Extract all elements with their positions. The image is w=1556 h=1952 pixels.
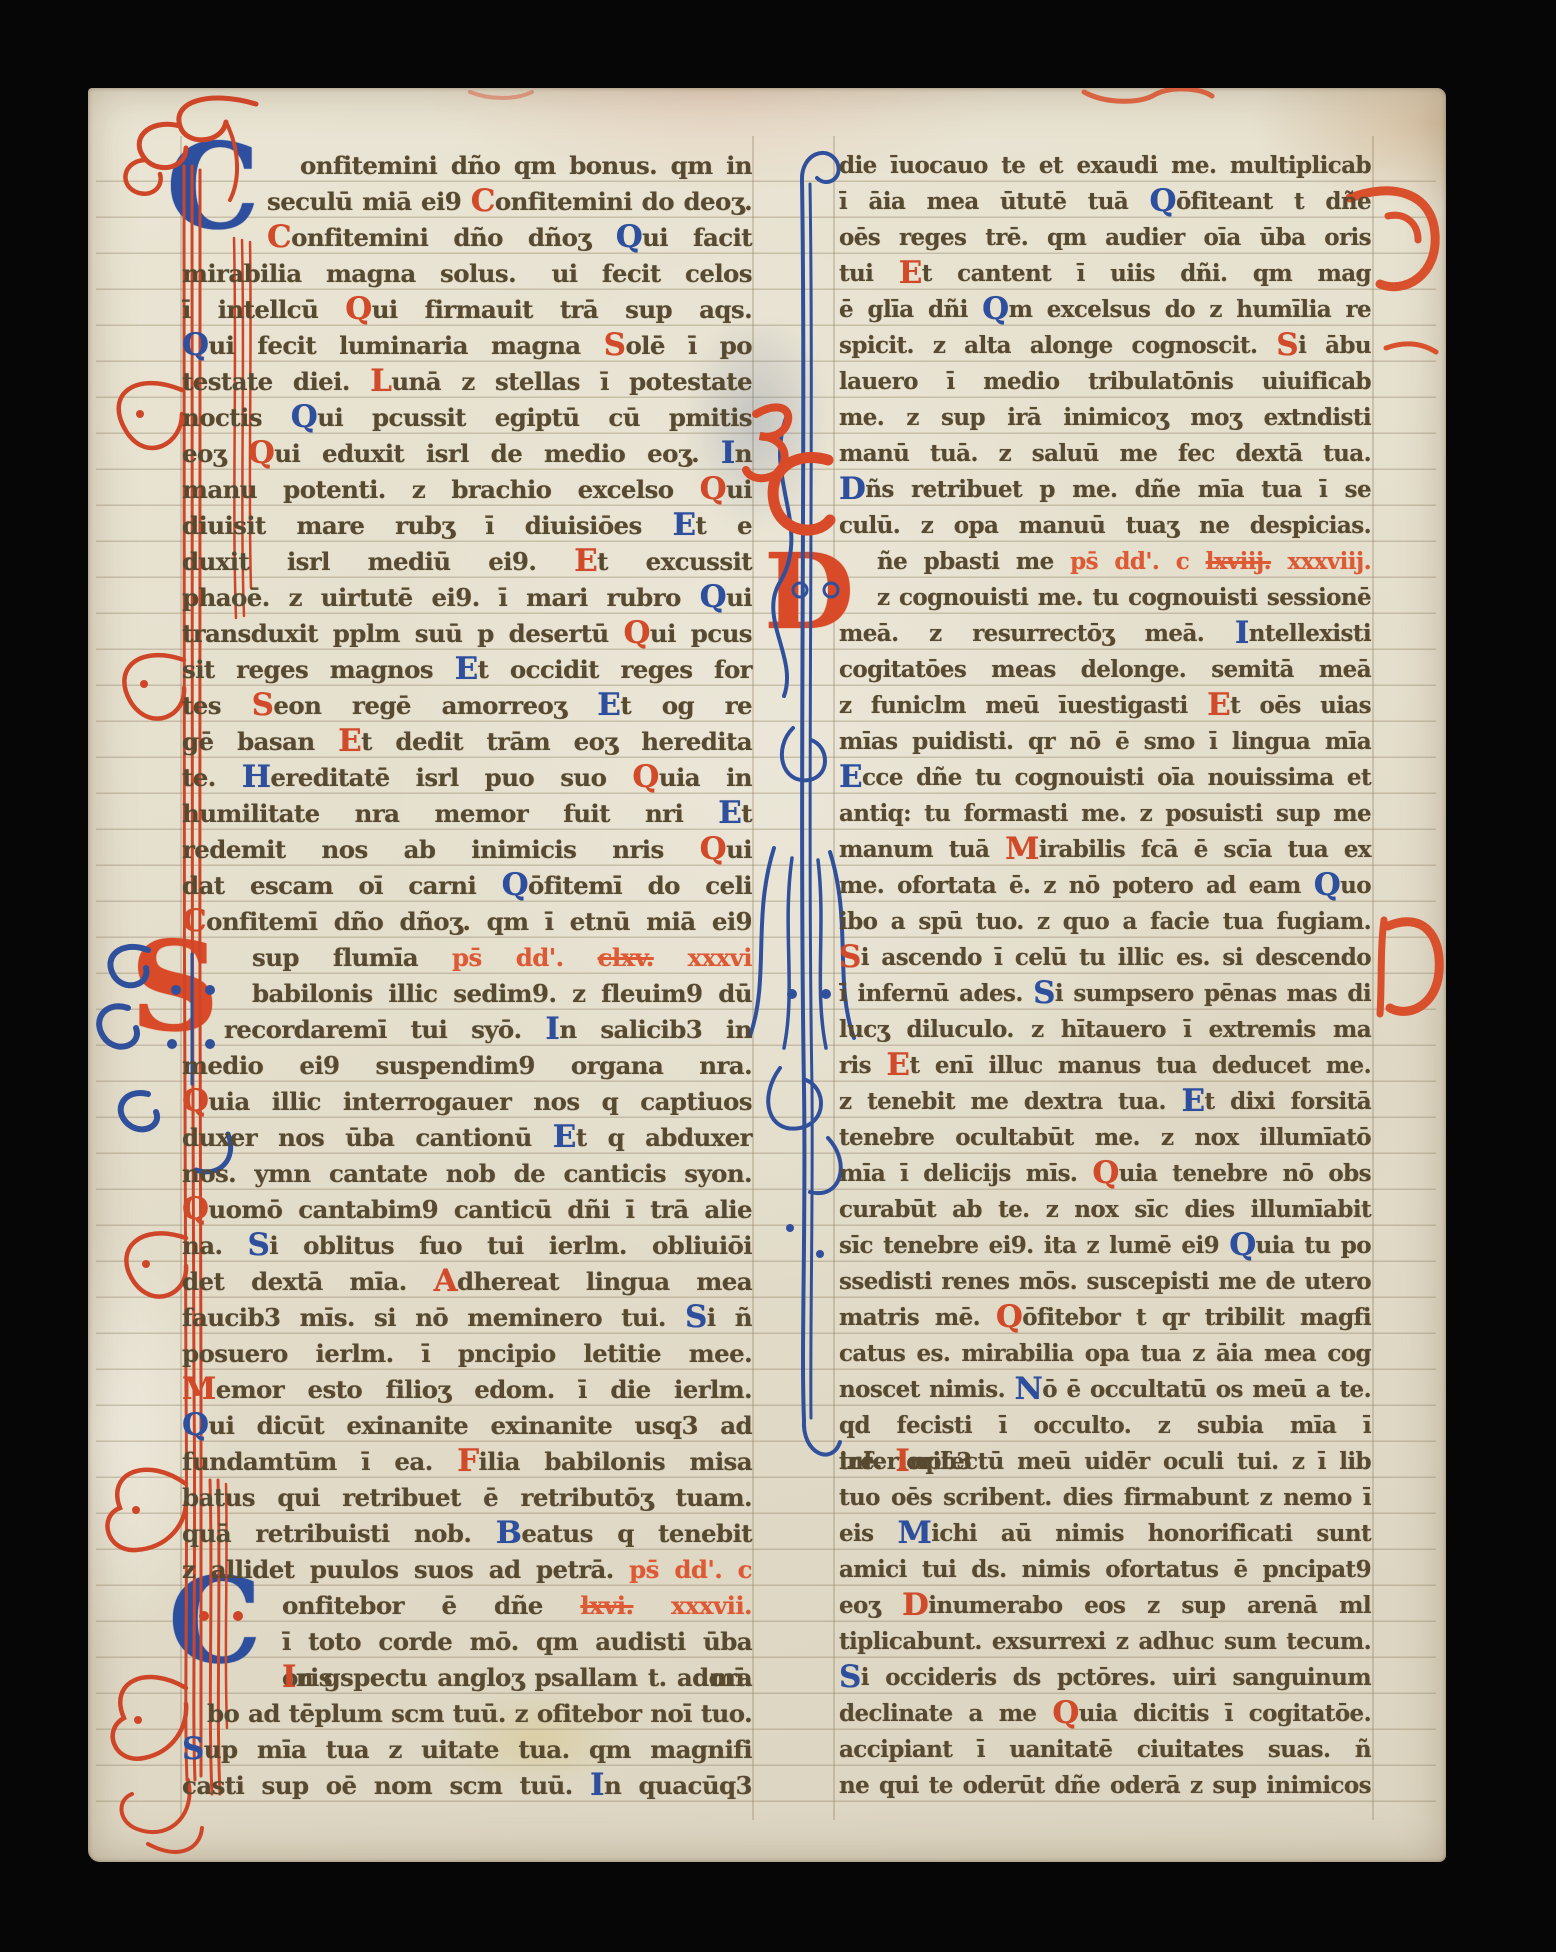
text-run: bo ad tēplum scm tuū. z ofitebor noī tuo… <box>207 1699 752 1728</box>
text-run: recordaremī tui syō. <box>224 1015 545 1044</box>
manuscript-text-line: trē. Inpfectū meū uidēr oculi tui. z ī l… <box>839 1444 1371 1480</box>
text-run: sup flumīa <box>252 943 452 972</box>
versal-initial: E <box>673 508 696 544</box>
manuscript-text-line: catus es. mirabilia opa tua z āia mea co… <box>839 1336 1371 1372</box>
text-run: i occideris ds pctōres. uiri sanguinum <box>861 1664 1371 1691</box>
text-run: ōfitemī do celi <box>528 871 752 900</box>
manuscript-text-line: seculū miā ei9 Confitemini do deoʒ. <box>182 184 752 220</box>
rubric-text: lxviij. <box>1206 548 1271 575</box>
text-run: gē basan <box>182 727 338 756</box>
manuscript-text-line: Ecce dñe tu cognouisti oīa nouissima et <box>839 760 1371 796</box>
versal-initial: E <box>455 652 478 688</box>
text-run: uia dicitis ī cogitatōe. <box>1079 1700 1371 1727</box>
manuscript-text-line: ne qui te oderūt dñe oderā z sup inimico… <box>839 1768 1371 1804</box>
manuscript-text-line: diuisit mare rubʒ ī diuisiōes Et e <box>182 508 752 544</box>
text-run: t excussit <box>597 547 752 576</box>
versal-initial: N <box>1015 1372 1043 1408</box>
manuscript-text-line: duxit isrl mediū ei9. Et excussit <box>182 544 752 580</box>
manuscript-text-line: oēs reges trē. qm audier oīa ūba oris <box>839 220 1371 256</box>
text-run: ī āia mea ūtutē tuā <box>839 188 1150 215</box>
text-run: manū tuā. z saluū me fec dextā tua. <box>839 440 1371 467</box>
versal-initial: S <box>839 940 861 976</box>
text-run: eatus q tenebit <box>521 1519 752 1548</box>
text-run: tuo oēs scribent. dies firmabunt z nemo … <box>839 1484 1371 1511</box>
text-run: meā. z resurrectōʒ meā. <box>839 620 1235 647</box>
versal-initial: S <box>252 688 274 724</box>
manuscript-text-line: ris Et enī illuc manus tua deducet me. <box>839 1048 1371 1084</box>
manuscript-text-line: te. Hereditatē isrl puo suo Quia in <box>182 760 752 796</box>
text-run: lauero ī medio tribulatōnis uiuificab <box>839 368 1371 395</box>
versal-initial: E <box>553 1120 576 1156</box>
versal-initial: I <box>1235 616 1249 652</box>
manuscript-text-line: mīa ī delicijs mīs. Quia tenebre nō obs <box>839 1156 1371 1192</box>
manuscript-text-line: accipiant ī uanitatē ciuitates suas. ñ <box>839 1732 1371 1768</box>
text-run: t oēs uias <box>1230 692 1371 719</box>
text-run: olē ī po <box>625 331 752 360</box>
text-run: ilia babilonis misa <box>479 1447 752 1476</box>
versal-initial: Q <box>1092 1156 1118 1192</box>
manuscript-text-line: bo ad tēplum scm tuū. z ofitebor noī tuo… <box>182 1696 752 1732</box>
text-run: i sumpsero pēnas mas di <box>1055 980 1371 1007</box>
text-run: lucʒ diluculo. z hītauero ī extremis ma <box>839 1016 1371 1043</box>
text-run: ōfitebor t qr tribilit magfi <box>1022 1304 1371 1331</box>
text-run: diuisit mare rubʒ ī diuisiōes <box>182 511 673 540</box>
manuscript-text-line: tui Et cantent ī uiis dñi. qm mag <box>839 256 1371 292</box>
manuscript-text-line: manum tuā Mirabilis fcā ē scīa tua ex <box>839 832 1371 868</box>
text-run: ñe pbasti me <box>877 548 1070 575</box>
manuscript-text-line: eoʒ Qui eduxit isrl de medio eoʒ. In <box>182 436 752 472</box>
manuscript-text-line: Si occideris ds pctōres. uiri sanguinum <box>839 1660 1371 1696</box>
manuscript-text-line: mīas puidisti. qr nō ē smo ī lingua mīa <box>839 724 1371 760</box>
manuscript-text-line: Si ascendo ī celū tu illic es. si descen… <box>839 940 1371 976</box>
text-run: i ābu <box>1298 332 1371 359</box>
manuscript-text-line: casti sup oē nom scm tuū. In quacūq3 <box>182 1768 752 1804</box>
versal-initial: S <box>685 1300 707 1336</box>
text-run: dhereat lingua mea <box>457 1267 752 1296</box>
text-run: ui dicūt exinanite exinanite usq3 ad <box>208 1411 752 1440</box>
text-run: inumerabo eos z sup arenā ml <box>928 1592 1371 1619</box>
versal-initial: L <box>370 364 391 400</box>
text-run: ī infernū ades. <box>839 980 1033 1007</box>
manuscript-text-line: nos. ymn cantate nob de canticis syon. <box>182 1156 752 1192</box>
text-run: me. ofortata ē. z nō potero ad eam <box>839 872 1314 899</box>
text-run: duxit isrl mediū ei9. <box>182 547 574 576</box>
versal-initial: S <box>604 328 626 364</box>
text-run: uia in <box>659 763 752 792</box>
text-run: sīc tenebre ei9. ita z lumē ei9 <box>839 1232 1229 1259</box>
versal-initial: E <box>899 256 922 292</box>
text-run: trē. <box>839 1448 895 1475</box>
text-run: n gspectu angloʒ psallam t. adora <box>296 1663 752 1692</box>
manuscript-page: C S C D <box>88 88 1446 1862</box>
manuscript-text-line: phaoē. z uirtutē ei9. ī mari rubro Qui <box>182 580 752 616</box>
manuscript-text-line: ī intellcū Qui firmauit trā sup aqs. <box>182 292 752 328</box>
manuscript-text-line: ssedisti renes mōs. suscepisti me de ute… <box>839 1264 1371 1300</box>
text-run: seculū miā ei9 <box>267 187 471 216</box>
versal-initial: Q <box>632 760 658 796</box>
versal-initial: D <box>839 472 865 508</box>
text-run: up mīa tua z uitate tua. qm magnifi <box>204 1735 752 1764</box>
manuscript-text-line: z allidet puulos suos ad petrā. ps̄ dd'.… <box>182 1552 752 1588</box>
manuscript-text-line: na. Si oblitus fuo tui ierlm. obliuiōi <box>182 1228 752 1264</box>
text-run: uia tu po <box>1256 1232 1371 1259</box>
versal-initial: E <box>1207 688 1230 724</box>
text-run: uia illic interrogauer nos q captiuos <box>208 1087 752 1116</box>
text-run: ui <box>726 583 752 612</box>
rubric-text: ps̄ dd'. c <box>629 1555 752 1584</box>
text-run: nos. ymn cantate nob de canticis syon. <box>182 1159 752 1188</box>
text-run: quā retribuisti nob. <box>182 1519 496 1548</box>
text-run: spicit. z alta alonge cognoscit. <box>839 332 1276 359</box>
manuscript-text-line: matris mē. Qōfitebor t qr tribilit magfi <box>839 1300 1371 1336</box>
manuscript-text-line: sīc tenebre ei9. ita z lumē ei9 Quia tu … <box>839 1228 1371 1264</box>
manuscript-text-line: amici tui ds. nimis ofortatus ē pncipat9 <box>839 1552 1371 1588</box>
text-run: n salicib3 in <box>559 1015 752 1044</box>
versal-initial: H <box>242 760 271 796</box>
text-run: amici tui ds. nimis ofortatus ē pncipat9 <box>839 1556 1371 1583</box>
manuscript-text-line: noscet nimis. Nō ē occultatū os meū a te… <box>839 1372 1371 1408</box>
versal-initial: C <box>182 904 206 940</box>
manuscript-text-line: lucʒ diluculo. z hītauero ī extremis ma <box>839 1012 1371 1048</box>
text-run: onfitemī dño dñoʒ. qm ī etnū miā ei9 <box>206 907 752 936</box>
text-run: z tenebit me dextra tua. <box>839 1088 1181 1115</box>
text-run: t occidit reges for <box>478 655 752 684</box>
text-run: na. <box>182 1231 248 1260</box>
text-run: t q abduxer <box>576 1123 752 1152</box>
manuscript-text-line: det dextā mīa. Adhereat lingua mea <box>182 1264 752 1300</box>
text-run: ui <box>726 475 752 504</box>
manuscript-text-line: tes Seon regē amorreoʒ Et og re <box>182 688 752 724</box>
text-run: i ñ <box>707 1303 752 1332</box>
manuscript-text-line: tiplicabunt. exsurrexi z adhuc sum tecum… <box>839 1624 1371 1660</box>
manuscript-text-line: testate diei. Lunā z stellas ī potestate <box>182 364 752 400</box>
versal-initial: E <box>1181 1084 1204 1120</box>
versal-initial: Q <box>1314 868 1340 904</box>
versal-initial: S <box>248 1228 270 1264</box>
versal-initial: Q <box>996 1300 1022 1336</box>
manuscript-text-line: z tenebit me dextra tua. Et dixi forsitā <box>839 1084 1371 1120</box>
text-run: uomō cantabim9 canticū dñi ī trā alie <box>208 1195 752 1224</box>
text-run: ichi aū nimis honorificati sunt <box>931 1520 1371 1547</box>
text-run: emor esto filioʒ edom. ī die ierlm. <box>216 1375 752 1404</box>
versal-initial: Q <box>624 616 650 652</box>
versal-initial: M <box>182 1372 216 1408</box>
versal-initial: Q <box>700 580 726 616</box>
versal-initial: E <box>886 1048 909 1084</box>
manuscript-text-line: posuero ierlm. ī pncipio letitie mee. <box>182 1336 752 1372</box>
manuscript-text-line: In gspectu angloʒ psallam t. adora <box>182 1660 752 1696</box>
manuscript-text-line: Confitemini dño dñoʒ Qui facit <box>182 220 752 256</box>
manuscript-text-line: me. ofortata ē. z nō potero ad eam Quo <box>839 868 1371 904</box>
text-run: ui <box>726 835 752 864</box>
vertical-rule-right-column-start <box>833 136 835 1820</box>
text-run: uo <box>1340 872 1371 899</box>
text-run: tes <box>182 691 252 720</box>
text-run: tenebre ocultabūt me. z nox illumīatō <box>839 1124 1371 1151</box>
versal-initial: I <box>721 436 735 472</box>
text-run: ibo a spū tuo. z quo a facie tua fugiam. <box>839 908 1371 935</box>
manuscript-text-line: redemit nos ab inimicis nris Qui <box>182 832 752 868</box>
versal-initial: E <box>718 796 741 832</box>
text-run: mirabilia magna solus. ui fecit celos <box>182 259 752 288</box>
versal-initial: M <box>1005 832 1039 868</box>
text-run: n <box>735 439 752 468</box>
text-run: phaoē. z uirtutē ei9. ī mari rubro <box>182 583 700 612</box>
rubric-text: xxxviij. <box>1271 548 1371 575</box>
manuscript-text-line: eis Michi aū nimis honorificati sunt <box>839 1516 1371 1552</box>
text-run: onfitemini do deoʒ. <box>495 187 752 216</box>
text-run: ne qui te oderūt dñe oderā z sup inimico… <box>839 1772 1371 1799</box>
manuscript-text-line: antiq: tu formasti me. z posuisti sup me <box>839 796 1371 832</box>
manuscript-text-line: declinate a me Quia dicitis ī cogitatōe. <box>839 1696 1371 1732</box>
manuscript-text-line: z funiclm meū īuestigasti Et oēs uias <box>839 688 1371 724</box>
versal-initial: S <box>1033 976 1055 1012</box>
manuscript-text-line: lauero ī medio tribulatōnis uiuificab <box>839 364 1371 400</box>
text-run: onfitemini dño dñoʒ <box>291 223 616 252</box>
text-run: det dextā mīa. <box>182 1267 434 1296</box>
manuscript-text-line: eoʒ Dinumerabo eos z sup arenā ml <box>839 1588 1371 1624</box>
versal-initial: F <box>457 1444 478 1480</box>
manuscript-text-line: dat escam oī carni Qōfitemī do celi <box>182 868 752 904</box>
text-run: t dedit trām eoʒ heredita <box>361 727 752 756</box>
versal-initial: Q <box>1229 1228 1255 1264</box>
manuscript-text-line: sit reges magnos Et occidit reges for <box>182 652 752 688</box>
versal-initial: Q <box>982 292 1008 328</box>
text-column-right: die īuocauo te et exaudi me. multiplicab… <box>839 148 1371 1804</box>
rubric-text: clxv. <box>598 943 654 972</box>
manuscript-text-line: qd fecisti ī occulto. z subia mīa ī infe… <box>839 1408 1371 1444</box>
versal-initial: C <box>471 184 495 220</box>
text-run: noctis <box>182 403 291 432</box>
text-run: manum tuā <box>839 836 1005 863</box>
rubric-text: ps̄ dd'. <box>452 943 598 972</box>
manuscript-text-line: ī infernū ades. Si sumpsero pēnas mas di <box>839 976 1371 1012</box>
text-run: redemit nos ab inimicis nris <box>182 835 700 864</box>
versal-initial: B <box>496 1516 522 1552</box>
text-run: eoʒ <box>182 439 248 468</box>
text-run: npfectū meū uidēr oculi tui. z ī lib <box>909 1448 1371 1475</box>
text-run: faucib3 mīs. si nō meminero tui. <box>182 1303 685 1332</box>
versal-initial: E <box>338 724 361 760</box>
manuscript-text-line: Quomō cantabim9 canticū dñi ī trā alie <box>182 1192 752 1228</box>
text-run: z funiclm meū īuestigasti <box>839 692 1207 719</box>
manuscript-text-line: curabūt ab te. z nox sīc dies illumīabit <box>839 1192 1371 1228</box>
text-run: eoʒ <box>839 1592 902 1619</box>
text-run: ī intellcū <box>182 295 345 324</box>
text-run: accipiant ī uanitatē ciuitates suas. ñ <box>839 1736 1371 1763</box>
text-run: curabūt ab te. z nox sīc dies illumīabit <box>839 1196 1371 1223</box>
versal-initial: Q <box>182 1084 208 1120</box>
manuscript-text-line: babilonis illic sedim9. z fleuim9 dū <box>182 976 752 1012</box>
text-run: i oblitus fuo tui ierlm. obliuiōi <box>269 1231 752 1260</box>
versal-initial: Q <box>616 220 642 256</box>
text-run: t enī illuc manus tua deducet me. <box>909 1052 1371 1079</box>
manuscript-text-line: culū. z opa manuū tuaʒ ne despicias. <box>839 508 1371 544</box>
text-run: i ascendo ī celū tu illic es. si descend… <box>861 944 1371 971</box>
versal-initial: E <box>839 760 862 796</box>
manuscript-text-line: ī toto corde mō. qm audisti ūba oris mī. <box>182 1624 752 1660</box>
versal-initial: Q <box>700 832 726 868</box>
manuscript-text-line: Qui fecit luminaria magna Solē ī po <box>182 328 752 364</box>
text-run: antiq: tu formasti me. z posuisti sup me <box>839 800 1371 827</box>
manuscript-text-line: Qui dicūt exinanite exinanite usq3 ad <box>182 1408 752 1444</box>
manuscript-text-line: batus qui retribuet ē retributōʒ tuam. <box>182 1480 752 1516</box>
manuscript-text-line: transduxit pplm suū p desertū Qui pcus <box>182 616 752 652</box>
manuscript-text-line: sup flumīa ps̄ dd'. clxv. xxxvi <box>182 940 752 976</box>
text-run: mīas puidisti. qr nō ē smo ī lingua mīa <box>839 728 1371 755</box>
manuscript-text-line: gē basan Et dedit trām eoʒ heredita <box>182 724 752 760</box>
manuscript-text-line: duxer nos ūba cantionū Et q abduxer <box>182 1120 752 1156</box>
versal-initial: E <box>597 688 620 724</box>
text-run: uia tenebre nō obs <box>1119 1160 1371 1187</box>
manuscript-text-line: me. z sup irā inimicoʒ moʒ extndisti <box>839 400 1371 436</box>
text-run: onfitemini dño qm bonus. qm in <box>300 151 752 180</box>
text-run: ereditatē isrl puo suo <box>270 763 632 792</box>
text-run: eis <box>839 1520 897 1547</box>
text-run: eon regē amorreoʒ <box>273 691 597 720</box>
text-run: tui <box>839 260 899 287</box>
manuscript-text-line: Sup mīa tua z uitate tua. qm magnifi <box>182 1732 752 1768</box>
versal-initial: I <box>545 1012 559 1048</box>
text-run: t <box>741 799 752 828</box>
versal-initial: D <box>902 1588 928 1624</box>
manuscript-text-line: onfitebor ē dñe lxvi. xxxvii. <box>182 1588 752 1624</box>
versal-initial: I <box>590 1768 604 1804</box>
text-run: ui eduxit isrl de medio eoʒ. <box>274 439 721 468</box>
text-run: culū. z opa manuū tuaʒ ne despicias. <box>839 512 1371 539</box>
manuscript-text-line: medio ei9 suspendim9 organa nra. <box>182 1048 752 1084</box>
manuscript-text-line: mirabilia magna solus. ui fecit celos <box>182 256 752 292</box>
text-run: oēs reges trē. qm audier oīa ūba oris <box>839 224 1371 251</box>
versal-initial: I <box>282 1660 296 1696</box>
text-run: ē glīa dñi <box>839 296 982 323</box>
manuscript-text-line: tenebre ocultabūt me. z nox illumīatō <box>839 1120 1371 1156</box>
text-run: z allidet puulos suos ad petrā. <box>182 1555 629 1584</box>
text-run: dat escam oī carni <box>182 871 502 900</box>
text-run: posuero ierlm. ī pncipio letitie mee. <box>182 1339 752 1368</box>
text-run: cce dñe tu cognouisti oīa nouissima et <box>862 764 1371 791</box>
manuscript-text-line: meā. z resurrectōʒ meā. Intellexisti <box>839 616 1371 652</box>
text-run: me. z sup irā inimicoʒ moʒ extndisti <box>839 404 1371 431</box>
text-run: declinate a me <box>839 1700 1052 1727</box>
versal-initial: Q <box>182 328 208 364</box>
manuscript-text-line: faucib3 mīs. si nō meminero tui. Si ñ <box>182 1300 752 1336</box>
manuscript-text-line: ī āia mea ūtutē tuā Qōfiteant t dñe <box>839 184 1371 220</box>
text-run: cogitatōes meas delonge. semitā meā <box>839 656 1371 683</box>
text-column-left: onfitemini dño qm bonus. qm inseculū miā… <box>182 148 752 1804</box>
text-run: ssedisti renes mōs. suscepisti me de ute… <box>839 1268 1371 1295</box>
manuscript-text-line: quā retribuisti nob. Beatus q tenebit <box>182 1516 752 1552</box>
manuscript-text-line: z cognouisti me. tu cognouisti sessionē <box>839 580 1371 616</box>
text-run: ui pcussit egiptū cū pmitis <box>317 403 752 432</box>
manuscript-text-line: Quia illic interrogauer nos q captiuos <box>182 1084 752 1120</box>
versal-initial: Q <box>182 1408 208 1444</box>
text-run: manu potenti. z brachio excelso <box>182 475 700 504</box>
text-run: ui firmauit trā sup aqs. <box>372 295 752 324</box>
photograph-background: C S C D <box>0 0 1556 1952</box>
text-run: humilitate nra memor fuit nri <box>182 799 718 828</box>
manuscript-text-line: tuo oēs scribent. dies firmabunt z nemo … <box>839 1480 1371 1516</box>
versal-initial: Q <box>700 472 726 508</box>
text-run: t e <box>696 511 752 540</box>
manuscript-text-line: Memor esto filioʒ edom. ī die ierlm. <box>182 1372 752 1408</box>
versal-initial: Q <box>248 436 274 472</box>
manuscript-text-line: ibo a spū tuo. z quo a facie tua fugiam. <box>839 904 1371 940</box>
versal-initial: E <box>574 544 597 580</box>
manuscript-text-line: noctis Qui pcussit egiptū cū pmitis <box>182 400 752 436</box>
text-run: mīa ī delicijs mīs. <box>839 1160 1092 1187</box>
rubric-text: lxvi. <box>580 1591 633 1620</box>
manuscript-text-line: fundamtūm ī ea. Filia babilonis misa <box>182 1444 752 1480</box>
vertical-rule-right <box>1372 136 1374 1820</box>
versal-initial: I <box>895 1444 909 1480</box>
top-edge-marks <box>470 89 1212 101</box>
text-run: ui facit <box>642 223 752 252</box>
text-run: duxer nos ūba cantionū <box>182 1123 553 1152</box>
manuscript-text-line: humilitate nra memor fuit nri Et <box>182 796 752 832</box>
versal-initial: Q <box>1150 184 1176 220</box>
rubric-text: xxxvi <box>654 943 752 972</box>
versal-initial: Q <box>345 292 371 328</box>
manuscript-text-line: spicit. z alta alonge cognoscit. Si ābu <box>839 328 1371 364</box>
versal-initial: Q <box>1052 1696 1078 1732</box>
manuscript-text-line: ē glīa dñi Qm excelsus do z humīlia re <box>839 292 1371 328</box>
versal-initial: S <box>839 1660 861 1696</box>
manuscript-text-line: onfitemini dño qm bonus. qm in <box>182 148 752 184</box>
text-run: unā z stellas ī potestate <box>391 367 752 396</box>
text-run: ñs retribuet p me. dñe mīa tua ī se <box>865 476 1371 503</box>
text-run: t og re <box>620 691 752 720</box>
text-run: ui fecit luminaria magna <box>208 331 603 360</box>
text-run: ntellexisti <box>1249 620 1371 647</box>
text-run: tiplicabunt. exsurrexi z adhuc sum tecum… <box>839 1628 1371 1655</box>
text-run: batus qui retribuet ē retributōʒ tuam. <box>182 1483 752 1512</box>
versal-initial: Q <box>291 400 317 436</box>
text-run: te. <box>182 763 242 792</box>
text-run: ō ē occultatū os meū a te. <box>1042 1376 1371 1403</box>
text-run: t cantent ī uiis dñi. qm mag <box>922 260 1371 287</box>
text-run: casti sup oē nom scm tuū. <box>182 1771 590 1800</box>
manuscript-text-line: recordaremī tui syō. In salicib3 in <box>182 1012 752 1048</box>
manuscript-text-line: manu potenti. z brachio excelso Qui <box>182 472 752 508</box>
text-run: noscet nimis. <box>839 1376 1015 1403</box>
text-run: catus es. mirabilia opa tua z āia mea co… <box>839 1340 1371 1367</box>
text-run: n quacūq3 <box>604 1771 752 1800</box>
manuscript-text-line: Dñs retribuet p me. dñe mīa tua ī se <box>839 472 1371 508</box>
text-run: babilonis illic sedim9. z fleuim9 dū <box>252 979 752 1008</box>
rubric-text: xxxvii. <box>633 1591 752 1620</box>
text-run: irabilis fcā ē scīa tua ex <box>1039 836 1371 863</box>
text-run: fundamtūm ī ea. <box>182 1447 457 1476</box>
versal-initial: M <box>897 1516 931 1552</box>
versal-initial: Q <box>182 1192 208 1228</box>
rubric-text: ps̄ dd'. c <box>1070 548 1205 575</box>
text-run: medio ei9 suspendim9 organa nra. <box>182 1051 752 1080</box>
text-run: z cognouisti me. tu cognouisti sessionē <box>877 584 1371 611</box>
versal-initial: A <box>434 1264 457 1300</box>
manuscript-text-line: Confitemī dño dñoʒ. qm ī etnū miā ei9 <box>182 904 752 940</box>
text-run: sit reges magnos <box>182 655 455 684</box>
manuscript-text-line: ñe pbasti me ps̄ dd'. c lxviij. xxxviij. <box>839 544 1371 580</box>
text-run: ōfiteant t dñe <box>1176 188 1371 215</box>
manuscript-text-line: manū tuā. z saluū me fec dextā tua. <box>839 436 1371 472</box>
versal-initial: Q <box>502 868 528 904</box>
text-run: t dixi forsitā <box>1205 1088 1371 1115</box>
text-run: m excelsus do z humīlia re <box>1009 296 1371 323</box>
versal-initial: C <box>267 220 291 256</box>
text-run: die īuocauo te et exaudi me. multiplicab <box>839 152 1371 179</box>
text-run: ris <box>839 1052 886 1079</box>
